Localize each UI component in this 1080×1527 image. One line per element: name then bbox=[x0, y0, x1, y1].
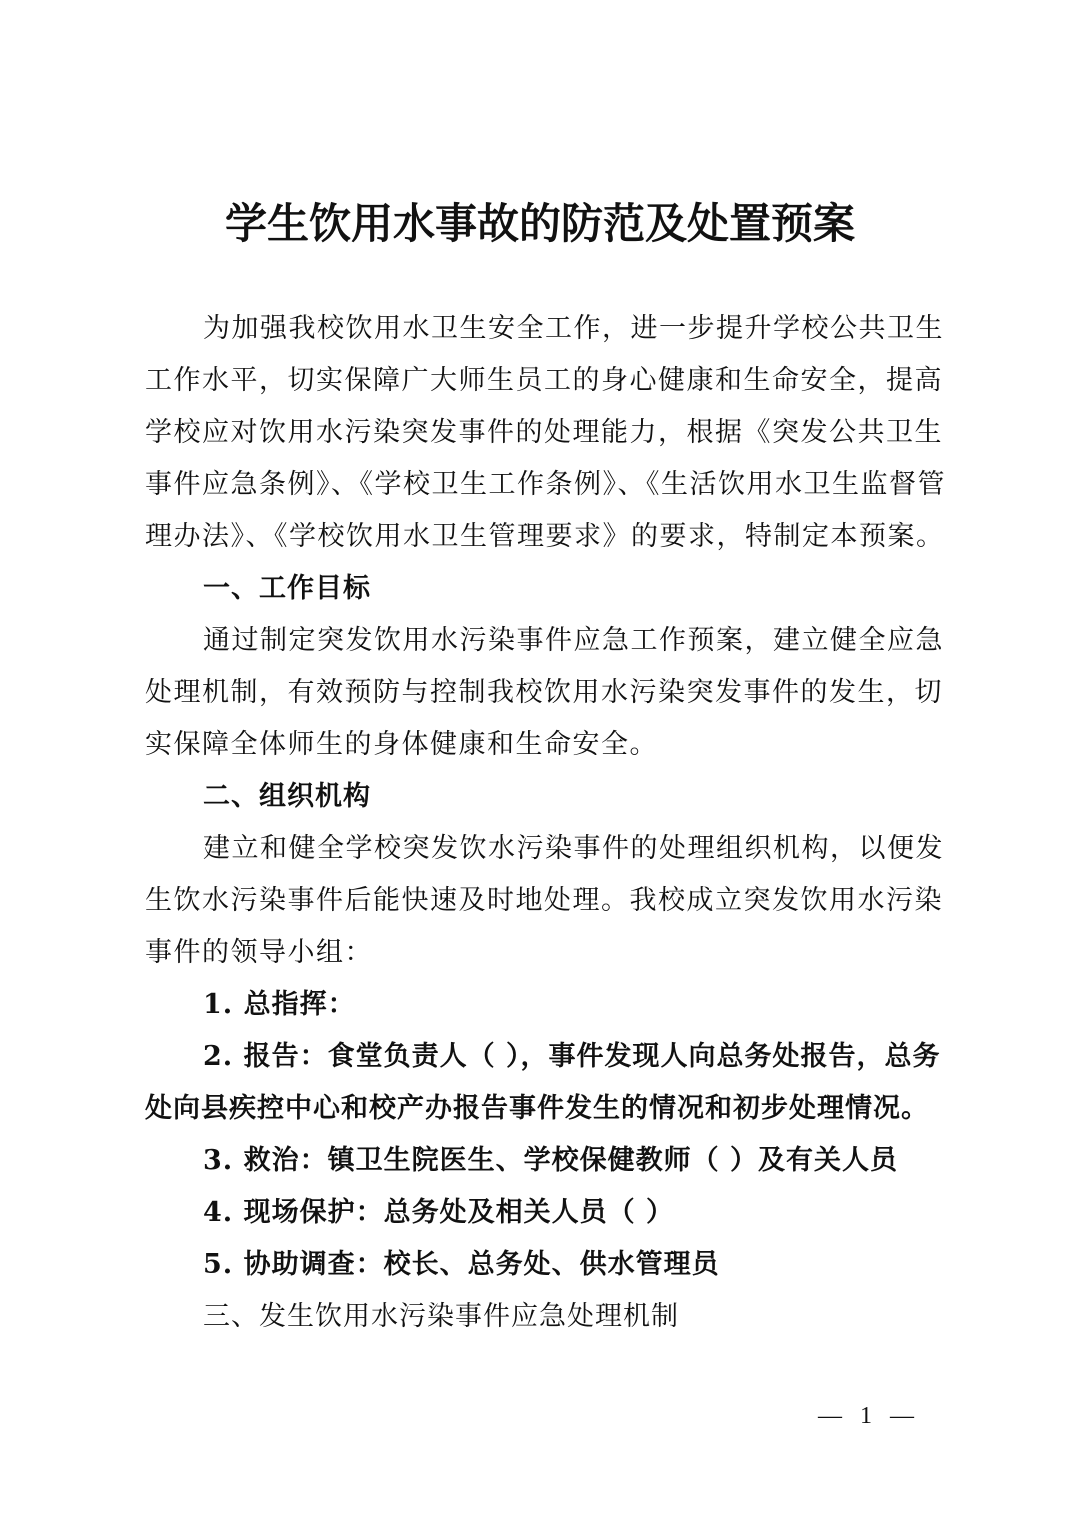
document-body: 为加强我校饮用水卫生安全工作，进一步提升学校公共卫生 工作水平，切实保障广大师生… bbox=[145, 303, 945, 1343]
paragraph-line: 为加强我校饮用水卫生安全工作，进一步提升学校公共卫生 bbox=[145, 303, 945, 355]
paragraph-line: 实保障全体师生的身体健康和生命安全。 bbox=[145, 719, 945, 771]
leadership-list: 1. 总指挥： 2. 报告：食堂负责人（ ），事件发现人向总务处报告，总务 处向… bbox=[145, 979, 945, 1291]
list-item-commander: 1. 总指挥： bbox=[145, 979, 945, 1031]
list-item-site-protection: 4. 现场保护：总务处及相关人员（ ） bbox=[145, 1187, 945, 1239]
page-number: — 1 — bbox=[818, 1403, 920, 1430]
list-item-treatment: 3. 救治：镇卫生院医生、学校保健教师（ ）及有关人员 bbox=[145, 1135, 945, 1187]
list-item-investigation: 5. 协助调查：校长、总务处、供水管理员 bbox=[145, 1239, 945, 1291]
section-organization: 二、组织机构 建立和健全学校突发饮水污染事件的处理组织机构，以便发 生饮水污染事… bbox=[145, 771, 945, 1291]
section-heading: 三、发生饮用水污染事件应急处理机制 bbox=[145, 1291, 945, 1343]
document-page: 学生饮用水事故的防范及处置预案 为加强我校饮用水卫生安全工作，进一步提升学校公共… bbox=[0, 0, 1080, 1527]
section-emergency-mechanism: 三、发生饮用水污染事件应急处理机制 bbox=[145, 1291, 945, 1343]
document-title: 学生饮用水事故的防范及处置预案 bbox=[0, 196, 1080, 252]
section-heading: 二、组织机构 bbox=[145, 771, 945, 823]
paragraph-line: 理办法》、《学校饮用水卫生管理要求》的要求，特制定本预案。 bbox=[145, 511, 945, 563]
section-heading: 一、工作目标 bbox=[145, 563, 945, 615]
paragraph-line: 事件的领导小组： bbox=[145, 927, 945, 979]
list-item-report: 2. 报告：食堂负责人（ ），事件发现人向总务处报告，总务 bbox=[145, 1031, 945, 1083]
list-item-report-continued: 处向县疾控中心和校产办报告事件发生的情况和初步处理情况。 bbox=[145, 1083, 945, 1135]
paragraph-line: 事件应急条例》、《学校卫生工作条例》、《生活饮用水卫生监督管 bbox=[145, 459, 945, 511]
paragraph-line: 处理机制，有效预防与控制我校饮用水污染突发事件的发生，切 bbox=[145, 667, 945, 719]
section-work-goals: 一、工作目标 通过制定突发饮用水污染事件应急工作预案，建立健全应急 处理机制，有… bbox=[145, 563, 945, 771]
paragraph-line: 学校应对饮用水污染突发事件的处理能力，根据《突发公共卫生 bbox=[145, 407, 945, 459]
paragraph-line: 工作水平，切实保障广大师生员工的身心健康和生命安全，提高 bbox=[145, 355, 945, 407]
paragraph-line: 生饮水污染事件后能快速及时地处理。我校成立突发饮用水污染 bbox=[145, 875, 945, 927]
paragraph-line: 建立和健全学校突发饮水污染事件的处理组织机构，以便发 bbox=[145, 823, 945, 875]
intro-paragraph: 为加强我校饮用水卫生安全工作，进一步提升学校公共卫生 工作水平，切实保障广大师生… bbox=[145, 303, 945, 563]
paragraph-line: 通过制定突发饮用水污染事件应急工作预案，建立健全应急 bbox=[145, 615, 945, 667]
